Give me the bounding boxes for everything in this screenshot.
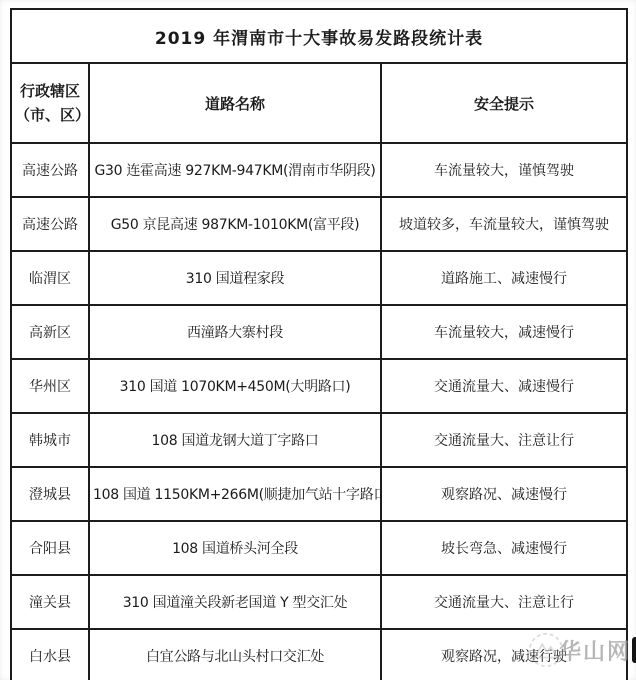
road-cell: G50 京昆高速 987KM-1010KM(富平段)	[89, 197, 381, 251]
table-row: 澄城县 108 国道 1150KM+266M(顺捷加气站十字路口） 观察路况、减…	[11, 467, 627, 521]
tip-cell: 车流量较大，减速慢行	[381, 305, 627, 359]
table-row: 高速公路 G30 连霍高速 927KM-947KM(渭南市华阴段) 车流量较大，…	[11, 143, 627, 197]
table-row: 临渭区 310 国道程家段 道路施工、减速慢行	[11, 251, 627, 305]
header-region: 行政辖区 （市、区）	[11, 63, 89, 143]
tip-cell: 交通流量大、减速慢行	[381, 359, 627, 413]
tip-cell: 道路施工、减速慢行	[381, 251, 627, 305]
road-cell: 310 国道程家段	[89, 251, 381, 305]
cropped-edge-artifact	[632, 637, 636, 663]
region-cell: 澄城县	[11, 467, 89, 521]
tip-cell: 交通流量大、注意让行	[381, 575, 627, 629]
header-tip: 安全提示	[381, 63, 627, 143]
region-cell: 高速公路	[11, 197, 89, 251]
road-cell: G30 连霍高速 927KM-947KM(渭南市华阴段)	[89, 143, 381, 197]
road-cell: 西潼路大寨村段	[89, 305, 381, 359]
road-cell: 108 国道龙钢大道丁字路口	[89, 413, 381, 467]
tip-cell: 坡长弯急、减速慢行	[381, 521, 627, 575]
tip-cell: 观察路况、减速慢行	[381, 467, 627, 521]
road-cell: 310 国道潼关段新老国道 Y 型交汇处	[89, 575, 381, 629]
accident-statistics-table: 2019 年渭南市十大事故易发路段统计表 行政辖区 （市、区） 道路名称 安全提…	[10, 8, 628, 680]
header-region-line1: 行政辖区	[15, 79, 85, 103]
table-header-row: 行政辖区 （市、区） 道路名称 安全提示	[11, 63, 627, 143]
table-title: 2019 年渭南市十大事故易发路段统计表	[11, 9, 627, 63]
table-row: 白水县 白宜公路与北山头村口交汇处 观察路况，减速行驶	[11, 629, 627, 680]
region-cell: 合阳县	[11, 521, 89, 575]
header-region-line2: （市、区）	[15, 103, 85, 127]
header-road: 道路名称	[89, 63, 381, 143]
region-cell: 高速公路	[11, 143, 89, 197]
tip-cell: 坡道较多，车流量较大，谨慎驾驶	[381, 197, 627, 251]
region-cell: 高新区	[11, 305, 89, 359]
table-title-row: 2019 年渭南市十大事故易发路段统计表	[11, 9, 627, 63]
table-row: 高新区 西潼路大寨村段 车流量较大，减速慢行	[11, 305, 627, 359]
table-row: 潼关县 310 国道潼关段新老国道 Y 型交汇处 交通流量大、注意让行	[11, 575, 627, 629]
region-cell: 潼关县	[11, 575, 89, 629]
tip-cell: 车流量较大，谨慎驾驶	[381, 143, 627, 197]
table-row: 高速公路 G50 京昆高速 987KM-1010KM(富平段) 坡道较多，车流量…	[11, 197, 627, 251]
road-cell: 108 国道 1150KM+266M(顺捷加气站十字路口）	[89, 467, 381, 521]
region-cell: 韩城市	[11, 413, 89, 467]
region-cell: 华州区	[11, 359, 89, 413]
table-row: 韩城市 108 国道龙钢大道丁字路口 交通流量大、注意让行	[11, 413, 627, 467]
tip-cell: 交通流量大、注意让行	[381, 413, 627, 467]
road-cell: 108 国道桥头河全段	[89, 521, 381, 575]
region-cell: 白水县	[11, 629, 89, 680]
table-row: 合阳县 108 国道桥头河全段 坡长弯急、减速慢行	[11, 521, 627, 575]
table-body: 高速公路 G30 连霍高速 927KM-947KM(渭南市华阴段) 车流量较大，…	[11, 143, 627, 680]
road-cell: 白宜公路与北山头村口交汇处	[89, 629, 381, 680]
tip-cell: 观察路况，减速行驶	[381, 629, 627, 680]
table-row: 华州区 310 国道 1070KM+450M(大明路口) 交通流量大、减速慢行	[11, 359, 627, 413]
road-cell: 310 国道 1070KM+450M(大明路口)	[89, 359, 381, 413]
region-cell: 临渭区	[11, 251, 89, 305]
